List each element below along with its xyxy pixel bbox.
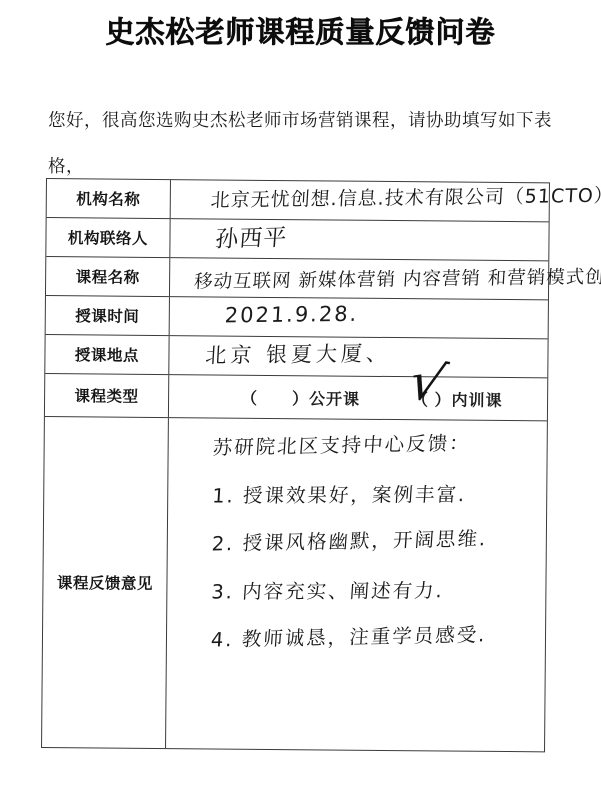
table-row-course-type: 课程类型 （ ）公开课 （ ）内训课 √ [45,374,547,421]
table-row-contact: 机构联络人 孙西平 [46,218,548,261]
row-label: 课程名称 [46,257,170,296]
handwritten-course-name: 移动互联网 新媒体营销 内容营销 和营销模式创新 [169,263,601,295]
feedback-form-table: 机构名称 北京无忧创想.信息.技术有限公司（51CTO）. 机构联络人 孙西平 … [41,178,550,752]
row-label: 机构名称 [47,179,171,218]
option-inhouse-course: （ ）内训课 √ [412,387,503,411]
feedback-line: 2. 授课风格幽默，开阔思维. [211,522,547,560]
table-row-course-place: 授课地点 北京 银夏大厦、 [45,335,547,378]
row-value-cell: 北京无忧创想.信息.技术有限公司（51CTO）. [171,180,601,222]
table-row-org-name: 机构名称 北京无忧创想.信息.技术有限公司（51CTO）. [47,179,549,222]
feedback-line: 1. 授课效果好，案例丰富. [211,479,547,513]
handwritten-contact-name: 孙西平 [169,218,289,254]
feedback-line: 4. 教师诚恳，注重学员感受. [210,618,546,656]
paren-open: （ [412,392,429,409]
row-value-cell: 2021.9.28. [170,297,548,338]
row-label: 课程反馈意见 [42,417,169,748]
row-value-cell: 北京 银夏大厦、 [169,336,547,377]
table-row-feedback: 课程反馈意见 苏研院北区支持中心反馈： 1. 授课效果好，案例丰富. 2. 授课… [42,417,547,751]
feedback-line: 3. 内容充实、阐述有力. [210,575,546,609]
row-label: 授课时间 [46,296,170,335]
row-label: 机构联络人 [46,218,170,257]
course-type-options: （ ）公开课 （ ）内训课 √ [169,385,547,411]
row-value-cell: 移动互联网 新媒体营销 内容营销 和营销模式创新 [170,258,601,300]
feedback-line: 苏研院北区支持中心反馈： [212,426,548,464]
option-open-course: （ ）公开课 [241,385,360,409]
table-row-course-time: 授课时间 2021.9.28. [46,296,548,339]
page-title: 史杰松老师课程质量反馈问卷 [0,10,601,51]
handwritten-course-time: 2021.9.28. [169,302,359,328]
row-label: 授课地点 [45,335,169,374]
paren-close-label: ）内训课 [434,392,502,410]
row-value-cell: 苏研院北区支持中心反馈： 1. 授课效果好，案例丰富. 2. 授课风格幽默，开阔… [166,418,547,751]
table-row-course-name: 课程名称 移动互联网 新媒体营销 内容营销 和营销模式创新 [46,257,548,300]
row-value-cell: （ ）公开课 （ ）内训课 √ [169,375,547,420]
row-value-cell: 孙西平 [170,219,548,260]
row-label: 课程类型 [45,374,169,417]
handwritten-feedback-block: 苏研院北区支持中心反馈： 1. 授课效果好，案例丰富. 2. 授课风格幽默，开阔… [167,418,547,675]
scanned-questionnaire-page: 史杰松老师课程质量反馈问卷 您好，很高您选购史杰松老师市场营销课程，请协助填写如… [0,0,601,789]
handwritten-course-place: 北京 银夏大厦、 [169,337,392,370]
handwritten-org-name: 北京无忧创想.信息.技术有限公司（51CTO）. [170,180,601,213]
intro-line-1: 您好，很高您选购史杰松老师市场营销课程，请协助填写如下表格， [48,97,561,189]
